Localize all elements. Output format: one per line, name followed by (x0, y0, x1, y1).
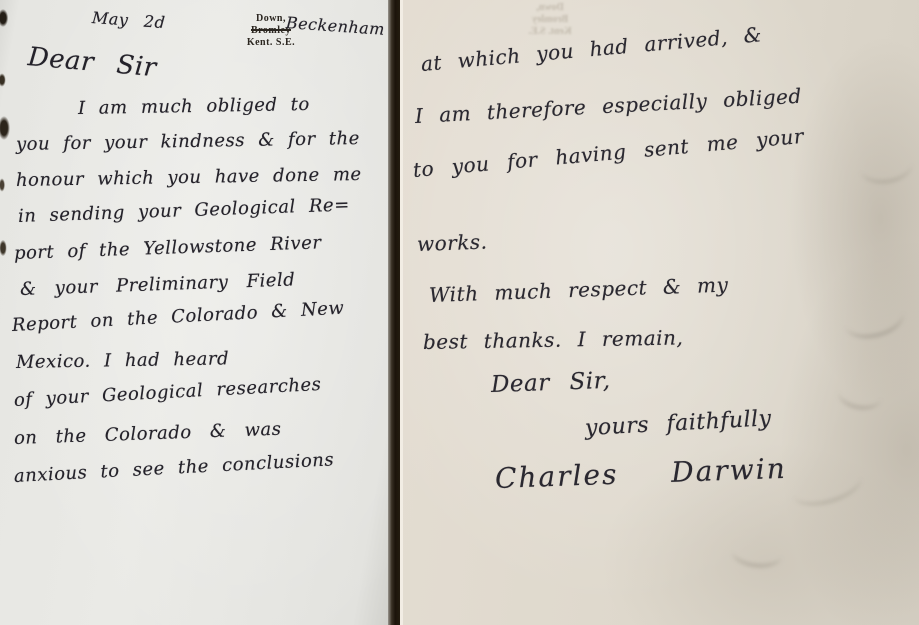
bleedthrough-mark (858, 147, 914, 187)
bleedthrough-mark (840, 293, 907, 343)
date: May 2d (91, 8, 166, 32)
valediction: Dear Sir, (491, 368, 611, 398)
letter-line: you for your kindness & for the (16, 128, 360, 155)
letter-line: & your Preliminary Field (20, 269, 296, 300)
bleedthrough-mark (789, 461, 865, 512)
letter-line: With much respect & my (429, 273, 729, 307)
letter-line: I am therefore especially obliged (414, 84, 802, 128)
letter-line: of your Geological researches (13, 374, 321, 411)
letter-scan: May 2d Down, Bromley Kent. S.E. Beckenha… (0, 0, 919, 625)
letter-line: on the Colorado & was (14, 419, 282, 449)
letter-line: Report on the Colorado & New (11, 298, 344, 336)
letterhead-kent: Kent. S.E. (236, 37, 306, 49)
signoff: yours faithfully (584, 406, 772, 441)
letter-line: I am much obliged to (78, 94, 310, 119)
bleedthrough-mark (731, 537, 784, 569)
letter-line: best thanks. I remain, (423, 325, 684, 354)
letter-page-right: Down, Bromley Kent. S.E. at which you ha… (400, 0, 919, 625)
letter-line: works. (417, 230, 488, 256)
page-gutter (388, 0, 400, 625)
bleedthrough-mark (836, 376, 884, 412)
bleedthrough-stamp: Down, Bromley Kent. S.E. (495, 2, 605, 38)
signature: Charles Darwin (494, 452, 787, 495)
letter-line: port of the Yellowstone River (14, 232, 322, 264)
letter-page-left: May 2d Down, Bromley Kent. S.E. Beckenha… (0, 0, 392, 625)
letter-line: honour which you have done me (16, 164, 362, 191)
letter-line: to you for having sent me your (412, 124, 805, 182)
binding-marks (0, 0, 12, 320)
letter-line: Mexico. I had heard (16, 348, 229, 373)
letter-line: in sending your Geological Re= (18, 194, 350, 227)
salutation: Dear Sir (27, 42, 158, 83)
letter-line: anxious to see the conclusions (13, 449, 334, 487)
